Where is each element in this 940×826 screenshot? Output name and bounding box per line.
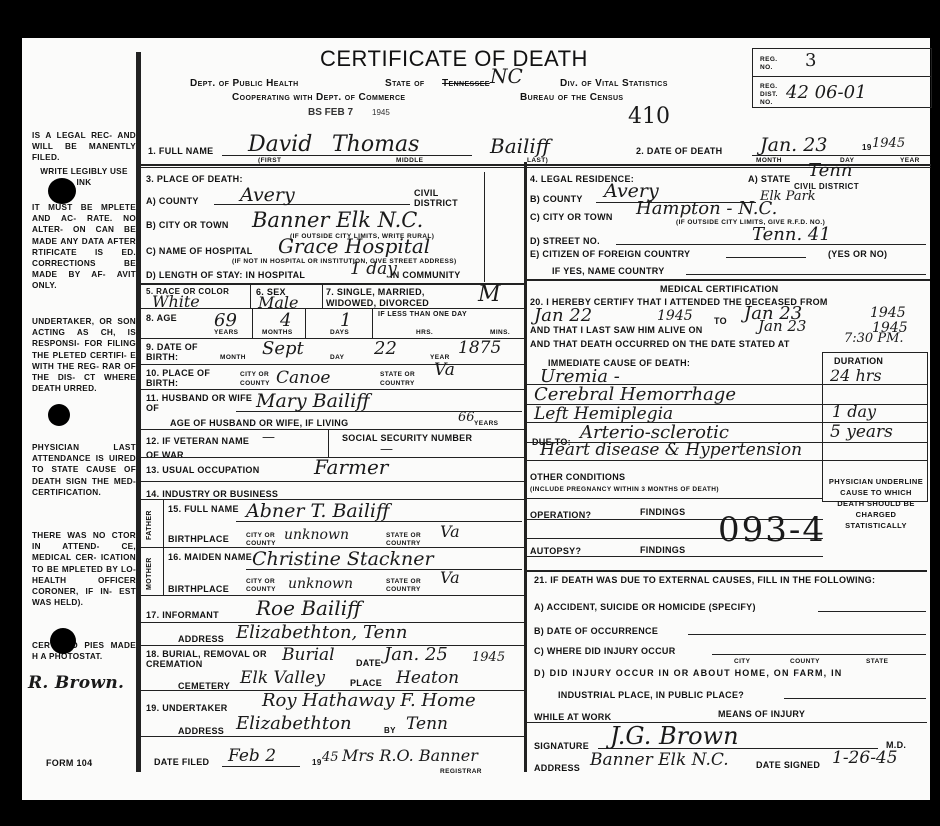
place-of-death-label: 3. PLACE OF DEATH: xyxy=(146,174,243,184)
date-filed-value[interactable]: Feb 2 xyxy=(228,746,276,766)
res-state-label: A) STATE xyxy=(748,174,791,184)
name-last[interactable]: Bailiff xyxy=(490,134,550,158)
mother-city[interactable]: unknown xyxy=(288,576,353,592)
pod-city[interactable]: Banner Elk N.C. xyxy=(252,208,423,232)
sex-value[interactable]: Male xyxy=(258,293,299,312)
res-city-label: C) CITY OR TOWN xyxy=(530,212,613,222)
divider xyxy=(252,308,253,338)
divider xyxy=(305,308,306,338)
mother-state[interactable]: Va xyxy=(440,568,460,587)
industry-label: 14. INDUSTRY OR BUSINESS xyxy=(146,489,278,499)
attended-to-year[interactable]: 1945 xyxy=(870,305,906,321)
medical-heading: MEDICAL CERTIFICATION xyxy=(660,284,778,294)
physician-signature[interactable]: J.G. Brown xyxy=(610,722,739,750)
bureau-census: Bureau of the Census xyxy=(520,92,624,103)
divider xyxy=(328,429,329,457)
res-foreign-note: (YES OR NO) xyxy=(828,249,887,259)
place-value[interactable]: Heaton xyxy=(396,668,459,688)
registrar-label: REGISTRAR xyxy=(440,768,482,775)
instruction-photostat: CERTIFIED PIES MADE H A PHOTOSTAT. xyxy=(32,640,136,662)
divider xyxy=(484,172,485,282)
pod-stay-community-label: IN COMMUNITY xyxy=(390,270,461,280)
divider xyxy=(141,736,525,737)
other-conditions-label: OTHER CONDITIONS xyxy=(530,472,625,482)
divider xyxy=(250,284,251,308)
physician-address-label: ADDRESS xyxy=(534,763,580,773)
spouse-name[interactable]: Mary Bailiff xyxy=(256,390,370,412)
date-filed-label: DATE FILED xyxy=(154,757,209,767)
instruction-undertaker: UNDERTAKER, OR SON ACTING AS CH, IS RESP… xyxy=(32,316,136,394)
pod-civil-district-label: CIVIL DISTRICT xyxy=(414,188,466,208)
state-of-label: State of xyxy=(385,78,425,89)
state-handwritten: NC xyxy=(490,64,523,88)
birthplace-state[interactable]: Va xyxy=(434,360,455,380)
divider xyxy=(141,481,525,482)
birthplace-label: 10. PLACE OF BIRTH: xyxy=(146,368,236,388)
instruction-complete: IT MUST BE MPLETE AND AC- RATE. NO ALTER… xyxy=(32,202,136,292)
occupation-value[interactable]: Farmer xyxy=(314,455,388,479)
cooperating-commerce: Cooperating with Dept. of Commerce xyxy=(232,92,405,103)
state-of-struck: Tennessee xyxy=(442,78,490,89)
spouse-age[interactable]: 66 xyxy=(458,410,475,425)
underline xyxy=(712,654,926,655)
birth-month-label: MONTH xyxy=(220,354,246,361)
res-state[interactable]: Tenn xyxy=(808,160,852,181)
autopsy-findings-label: FINDINGS xyxy=(640,545,685,555)
registrar-name[interactable]: Mrs R.O. Banner xyxy=(342,746,478,765)
form-number: FORM 104 xyxy=(46,758,92,769)
div-vital-statistics: Div. of Vital Statistics xyxy=(560,78,668,89)
pod-hospital-note: (IF NOT IN HOSPITAL OR INSTITUTION, GIVE… xyxy=(232,258,457,265)
father-birthplace-label: BIRTHPLACE xyxy=(168,534,229,544)
cemetery-value[interactable]: Elk Valley xyxy=(240,668,325,688)
received-stamp: BS FEB 7 xyxy=(308,107,353,118)
name-middle[interactable]: Thomas xyxy=(332,132,419,157)
age-years-label: YEARS xyxy=(214,329,238,336)
spouse-age-unit: YEARS xyxy=(474,420,498,427)
ink-blot xyxy=(48,404,70,426)
divider xyxy=(141,283,527,285)
divider xyxy=(527,570,927,572)
pod-stay-label: D) LENGTH OF STAY: IN HOSPITAL xyxy=(146,270,305,280)
pod-county-label: A) COUNTY xyxy=(146,196,199,206)
date-of-death-year[interactable]: 1945 xyxy=(872,136,905,151)
marital-label: 7. SINGLE, MARRIED, WIDOWED, DIVORCED xyxy=(326,287,476,309)
ink-blot xyxy=(48,178,76,204)
father-name[interactable]: Abner T. Bailiff xyxy=(246,500,389,522)
ink-blot xyxy=(50,628,76,654)
ext-c-county: COUNTY xyxy=(790,658,820,665)
means-of-injury-label: MEANS OF INJURY xyxy=(718,709,805,719)
due-to-duration-1[interactable]: 5 years xyxy=(830,422,893,442)
cause-duration-1[interactable]: 24 hrs xyxy=(830,366,882,385)
burial-date[interactable]: Jan. 25 xyxy=(384,644,448,665)
mother-name-label: 16. MAIDEN NAME xyxy=(168,552,258,562)
res-street[interactable]: Tenn. 41 xyxy=(752,224,831,245)
external-causes-label: 21. IF DEATH WAS DUE TO EXTERNAL CAUSES,… xyxy=(534,575,914,586)
year-prefix: 19 xyxy=(862,143,872,152)
physician-address[interactable]: Banner Elk N.C. xyxy=(590,750,729,770)
age-months[interactable]: 4 xyxy=(280,310,291,331)
underline xyxy=(784,698,926,699)
hrs-label: HRS. xyxy=(416,329,433,336)
informant-address-label: ADDRESS xyxy=(178,634,224,644)
while-at-work-label: WHILE AT WORK xyxy=(534,712,611,722)
filed-year[interactable]: 45 xyxy=(322,750,339,765)
sub-middle: MIDDLE xyxy=(396,157,423,164)
mother-side-label: MOTHER xyxy=(146,557,153,590)
mother-city-label: CITY OR COUNTY xyxy=(246,578,286,594)
undertaker-address[interactable]: Elizabethton xyxy=(236,713,352,734)
reg-no-value: 3 xyxy=(805,50,816,71)
ssn-label: SOCIAL SECURITY NUMBER xyxy=(342,433,472,443)
occurred-label: AND THAT DEATH OCCURRED ON THE DATE STAT… xyxy=(530,339,790,349)
place-label: PLACE xyxy=(350,678,382,688)
birth-month[interactable]: Sept xyxy=(262,338,304,359)
age-days-label: DAYS xyxy=(330,329,349,336)
center-column-rule xyxy=(524,162,527,772)
spouse-age-label: AGE OF HUSBAND OR WIFE, IF LIVING xyxy=(170,418,348,428)
attended-from[interactable]: Jan 22 xyxy=(534,305,592,326)
reg-no-label: REG. NO. xyxy=(760,56,782,72)
divider xyxy=(527,279,930,281)
father-state[interactable]: Va xyxy=(440,522,460,541)
sub-year: YEAR xyxy=(900,157,920,164)
res-street-label: D) STREET NO. xyxy=(530,236,600,246)
divider xyxy=(141,308,525,309)
last-saw-date[interactable]: Jan 23 xyxy=(758,317,806,335)
pod-county[interactable]: Avery xyxy=(240,184,295,206)
reg-dist-no-label: REG. DIST. NO. xyxy=(760,83,782,107)
date-of-death-value[interactable]: Jan. 23 xyxy=(760,134,827,156)
burial-year[interactable]: 1945 xyxy=(472,650,505,665)
father-name-label: 15. FULL NAME xyxy=(168,504,248,514)
filed-year-prefix: 19 xyxy=(312,758,322,767)
name-first[interactable]: David xyxy=(248,132,312,157)
classification-code: 093-4 xyxy=(718,510,826,550)
mother-state-label: STATE OR COUNTRY xyxy=(386,578,432,594)
father-city[interactable]: unknown xyxy=(284,527,349,543)
ext-a-label: A) ACCIDENT, SUICIDE OR HOMICIDE (SPECIF… xyxy=(534,602,756,612)
birth-date-label: 9. DATE OF BIRTH: xyxy=(146,342,216,362)
ext-c-label: C) WHERE DID INJURY OCCUR xyxy=(534,646,676,656)
autopsy-label: AUTOPSY? xyxy=(530,546,581,556)
divider xyxy=(527,460,927,461)
instruction-no-doctor: THERE WAS NO CTOR IN ATTEND- CE, MEDICAL… xyxy=(32,530,136,608)
pod-city-label: B) CITY OR TOWN xyxy=(146,220,229,230)
mins-label: MINS. xyxy=(490,329,510,336)
last-saw-label: AND THAT I LAST SAW HIM ALIVE ON xyxy=(530,325,703,335)
res-city[interactable]: Hampton - N.C. xyxy=(636,198,777,219)
instruction-write-legibly: WRITE LEGIBLY USE INK xyxy=(32,166,136,188)
sub-last: LAST) xyxy=(527,157,548,164)
undertaker-address-label: ADDRESS xyxy=(178,726,224,736)
divider xyxy=(141,429,525,430)
informant-name[interactable]: Roe Bailiff xyxy=(256,596,361,620)
received-stamp-year: 1945 xyxy=(372,108,390,117)
ext-c-city: CITY xyxy=(734,658,750,665)
divider xyxy=(322,284,323,308)
birthplace-state-label: STATE OR COUNTRY xyxy=(380,370,424,388)
certificate-title: CERTIFICATE OF DEATH xyxy=(320,46,588,72)
burial-label: 18. BURIAL, REMOVAL OR CREMATION xyxy=(146,649,276,669)
divider xyxy=(372,308,373,338)
scan-border xyxy=(930,0,940,826)
death-time[interactable]: 7:30 PM. xyxy=(844,331,904,346)
cause-duration-3[interactable]: 1 day xyxy=(832,402,876,421)
other-conditions-note: (INCLUDE PREGNANCY WITHIN 3 MONTHS OF DE… xyxy=(530,486,719,493)
dept-public-health: Dept. of Public Health xyxy=(190,78,299,89)
birthplace-city[interactable]: Canoe xyxy=(276,368,330,388)
father-side-label: FATHER xyxy=(146,510,153,540)
divider xyxy=(752,76,932,77)
file-number: 410 xyxy=(628,104,670,129)
ext-d-label2: INDUSTRIAL PLACE, IN PUBLIC PLACE? xyxy=(558,690,744,700)
cause-line-2[interactable]: Cerebral Hemorrhage xyxy=(534,384,736,405)
full-name-label: 1. FULL NAME xyxy=(148,146,213,156)
burial-value[interactable]: Burial xyxy=(282,645,335,665)
undertaker-value[interactable]: Roy Hathaway F. Home xyxy=(262,690,476,711)
res-county-label: B) COUNTY xyxy=(530,194,583,204)
age-days[interactable]: 1 xyxy=(340,310,351,331)
res-foreign-country-label: IF YES, NAME COUNTRY xyxy=(552,266,665,276)
date-signed-label: DATE SIGNED xyxy=(756,760,820,770)
physician-note: PHYSICIAN UNDERLINE CAUSE TO WHICH DEATH… xyxy=(828,476,924,531)
instruction-legal-record: IS A LEGAL REC- AND WILL BE MANENTLY FIL… xyxy=(32,130,136,164)
birth-day[interactable]: 22 xyxy=(374,338,397,359)
to-label: TO xyxy=(714,316,727,326)
sidebar-signature: R. Brown. xyxy=(28,678,124,689)
attended-from-year[interactable]: 1945 xyxy=(657,308,693,324)
underline xyxy=(222,766,300,767)
mother-birthplace-label: BIRTHPLACE xyxy=(168,584,229,594)
father-state-label: STATE OR COUNTRY xyxy=(386,532,432,548)
signature-label: SIGNATURE xyxy=(534,741,589,751)
informant-address[interactable]: Elizabethton, Tenn xyxy=(236,622,407,643)
date-signed[interactable]: 1-26-45 xyxy=(832,748,898,768)
age-label: 8. AGE xyxy=(146,313,177,323)
cause-line-3[interactable]: Left Hemiplegia xyxy=(534,404,673,424)
informant-label: 17. INFORMANT xyxy=(146,610,219,620)
pod-hospital-label: C) NAME OF HOSPITAL xyxy=(146,246,253,256)
divider xyxy=(527,498,823,499)
age-months-label: MONTHS xyxy=(262,329,293,336)
sub-month: MONTH xyxy=(756,157,782,164)
res-foreign-label: E) CITIZEN OF FOREIGN COUNTRY xyxy=(530,249,690,259)
burial-date-label: DATE xyxy=(356,658,381,668)
date-of-death-label: 2. DATE OF DEATH xyxy=(636,146,722,156)
left-border-rule xyxy=(136,52,141,772)
undertaker-label: 19. UNDERTAKER xyxy=(146,703,228,713)
sub-first: (FIRST xyxy=(258,157,281,164)
less-than-day-label: IF LESS THAN ONE DAY xyxy=(378,311,467,318)
father-city-label: CITY OR COUNTY xyxy=(246,532,286,548)
birth-day-label: DAY xyxy=(330,354,344,361)
ext-b-label: B) DATE OF OCCURRENCE xyxy=(534,626,658,636)
marital-value[interactable]: M xyxy=(478,282,501,307)
underline xyxy=(688,634,926,635)
undertaker-by-label: BY xyxy=(384,726,396,735)
veteran-value[interactable]: — xyxy=(262,430,275,445)
ext-d-label: D) DID INJURY OCCUR IN OR ABOUT HOME, ON… xyxy=(534,668,842,678)
undertaker-by[interactable]: Tenn xyxy=(406,714,448,734)
ext-c-state: STATE xyxy=(866,658,888,665)
due-to-line-2[interactable]: Heart disease & Hypertension xyxy=(540,440,802,460)
instruction-physician: PHYSICIAN LAST ATTENDANCE IS UIRED TO ST… xyxy=(32,442,136,498)
occupation-label: 13. USUAL OCCUPATION xyxy=(146,465,260,475)
age-years[interactable]: 69 xyxy=(214,310,237,331)
divider xyxy=(141,364,525,365)
operation-findings-label: FINDINGS xyxy=(640,507,685,517)
underline xyxy=(686,274,926,275)
duration-label: DURATION xyxy=(834,356,883,366)
mother-name[interactable]: Christine Stackner xyxy=(252,548,434,570)
instructions-sidebar: IS A LEGAL REC- AND WILL BE MANENTLY FIL… xyxy=(22,38,132,800)
pod-hospital[interactable]: Grace Hospital xyxy=(278,234,430,258)
birth-year[interactable]: 1875 xyxy=(458,338,501,358)
spouse-label: 11. HUSBAND OR WIFE OF xyxy=(146,393,266,413)
underline xyxy=(818,611,926,612)
underline xyxy=(726,257,806,258)
reg-dist-no-value: 42 06-01 xyxy=(786,82,867,103)
divider xyxy=(527,556,823,557)
